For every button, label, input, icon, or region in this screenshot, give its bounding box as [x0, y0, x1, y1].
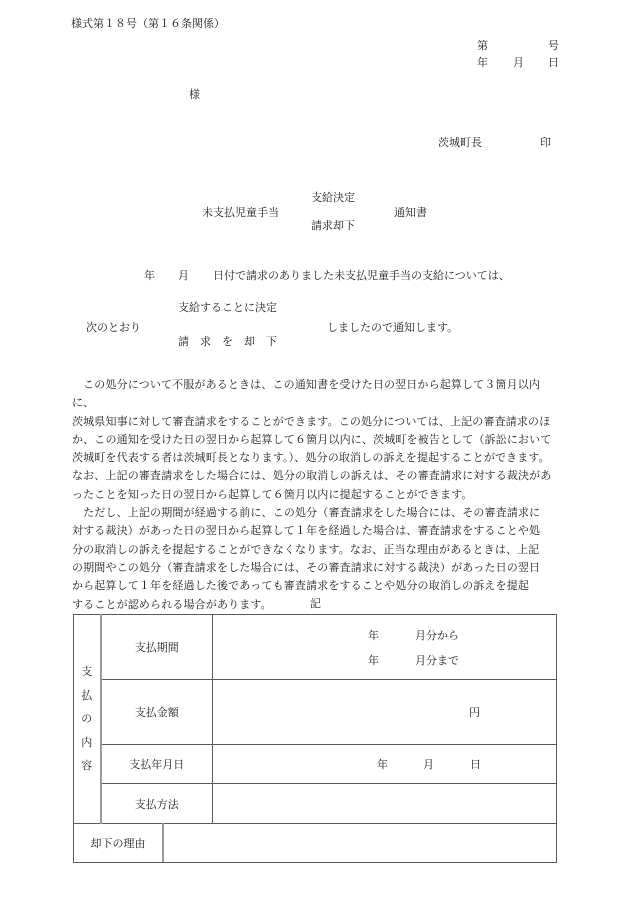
intro-month: 月: [178, 270, 189, 281]
group-label-char: 支: [74, 660, 100, 684]
reject-reason-field[interactable]: [165, 823, 556, 862]
intro-option-grant: 支給することに決定: [178, 302, 277, 313]
pay-date-month: 月: [423, 759, 434, 770]
notice-line: 分の取消しの訴えを提起することができなくなります。なお、正当な理由があるときは、…: [72, 541, 558, 559]
notice-line: 茨城町を代表する者は茨城町長となります。）、処分の取消しの訴えを提起することがで…: [72, 449, 558, 467]
notice-line: ったことを知った日の翌日から起算して６箇月以内に提起することができます。: [72, 486, 558, 504]
addressee-suffix: 様: [189, 89, 200, 100]
payment-date-field[interactable]: 年 月 日: [213, 745, 557, 784]
intro-year: 年: [144, 270, 155, 281]
date-day-label: 日: [548, 57, 559, 68]
payment-date-label: 支払年月日: [101, 745, 213, 784]
reject-reason-row: 却下の理由: [73, 823, 557, 863]
payment-method-field[interactable]: [213, 784, 557, 824]
period-to-year: 年: [368, 655, 379, 666]
seal-mark: 印: [540, 137, 551, 148]
period-from-year: 年: [368, 630, 379, 641]
notice-line: の期間やこの処分（審査請求をした場合には、その審査請求に対する裁決）があった日の…: [72, 559, 558, 577]
form-number: 様式第１８号（第１６条関係）: [71, 18, 225, 29]
notice-line: この処分について不服があるときは、この通知書を受けた日の翌日から起算して３箇月以…: [72, 376, 558, 413]
reject-reason-label: 却下の理由: [74, 823, 164, 862]
group-label-char: 払: [74, 684, 100, 708]
notice-line: ただし、上記の期間が経過する前に、この処分（審査請求をした場合には、その審査請求…: [72, 504, 558, 522]
payment-period-field[interactable]: 年 月分から 年 月分まで: [213, 615, 557, 680]
title-doc-type: 通知書: [394, 207, 427, 218]
intro-option-reject: 請 求 を 却 下: [178, 336, 277, 347]
record-heading: 記: [310, 598, 321, 609]
group-label-payment-content: 支 払 の 内 容: [74, 615, 101, 824]
date-year-label: 年: [477, 57, 488, 68]
intro-suffix: しましたので通知します。: [327, 322, 458, 333]
payment-method-label: 支払方法: [101, 784, 213, 824]
payment-period-label: 支払期間: [101, 615, 213, 680]
amount-unit: 円: [469, 707, 480, 718]
group-label-char: 内: [74, 731, 100, 755]
notice-line: から起算して１年を経過した後であっても審査請求をすることや処分の取消しの訴えを提…: [72, 577, 558, 595]
notice-line: 対する裁決）があった日の翌日から起算して１年を経過した場合は、審査請求をすること…: [72, 522, 558, 540]
intro-text: 日付で請求のありました未支払児童手当の支給については、: [213, 270, 510, 281]
doc-number-suffix: 号: [548, 40, 559, 51]
notice-line: 茨城県知事に対して審査請求をすることができます。この処分については、上記の審査請…: [72, 413, 558, 431]
issuer-name: 茨城町長: [438, 137, 482, 148]
date-month-label: 月: [513, 57, 524, 68]
notice-line: か、この通知を受けた日の翌日から起算して６箇月以内に、茨城町を被告として（訴訟に…: [72, 431, 558, 449]
period-from-month: 月分から: [415, 630, 459, 641]
appeal-notice: この処分について不服があるときは、この通知書を受けた日の翌日から起算して３箇月以…: [72, 376, 558, 614]
intro-prefix: 次のとおり: [86, 322, 141, 333]
doc-number-prefix: 第: [477, 40, 488, 51]
title-subject: 未支払児童手当: [202, 207, 279, 218]
period-to-month: 月分まで: [415, 655, 459, 666]
payment-details-table: 支 払 の 内 容 支払期間 年 月分から 年 月分まで 支払金額 円 支払年月…: [73, 614, 557, 824]
payment-amount-field[interactable]: 円: [213, 680, 557, 745]
title-option-grant: 支給決定: [311, 192, 355, 203]
group-label-char: の: [74, 707, 100, 731]
title-option-reject: 請求却下: [311, 220, 355, 231]
notice-line: なお、上記の審査請求をした場合には、処分の取消しの訴えは、その審査請求に対する裁…: [72, 467, 558, 485]
pay-date-day: 日: [470, 759, 481, 770]
payment-amount-label: 支払金額: [101, 680, 213, 745]
pay-date-year: 年: [377, 759, 388, 770]
group-label-char: 容: [74, 754, 100, 778]
